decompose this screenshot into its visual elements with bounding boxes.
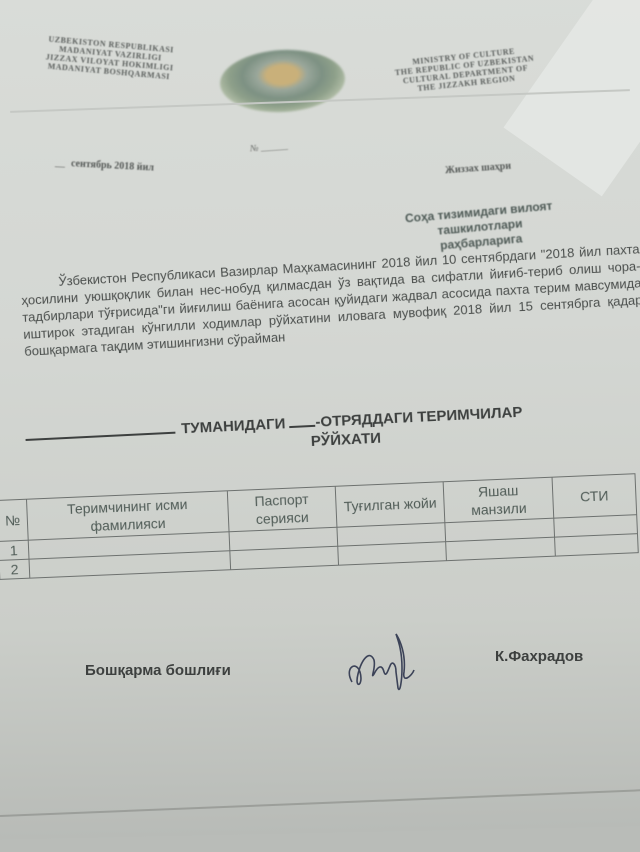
- signatory-title: Бошқарма бошлиғи: [85, 662, 231, 679]
- cell: [554, 534, 638, 556]
- col-birthplace: Туғилган жойи: [335, 482, 445, 528]
- col-passport: Паспорт серияси: [227, 486, 337, 531]
- col-number: №: [0, 499, 28, 541]
- col-address: Яшаш манзили: [444, 477, 554, 523]
- cell: [446, 537, 555, 561]
- signatory-name: К.Фахрадов: [495, 648, 583, 665]
- district-blank: [26, 432, 176, 441]
- cell: [229, 546, 338, 570]
- date-day: __: [55, 157, 66, 169]
- squad-blank: [290, 425, 316, 428]
- signature-icon: [340, 620, 420, 700]
- col-sti: СТИ: [552, 474, 637, 518]
- cell: 1: [0, 540, 29, 560]
- cell: 2: [0, 559, 30, 579]
- cell: [338, 542, 447, 566]
